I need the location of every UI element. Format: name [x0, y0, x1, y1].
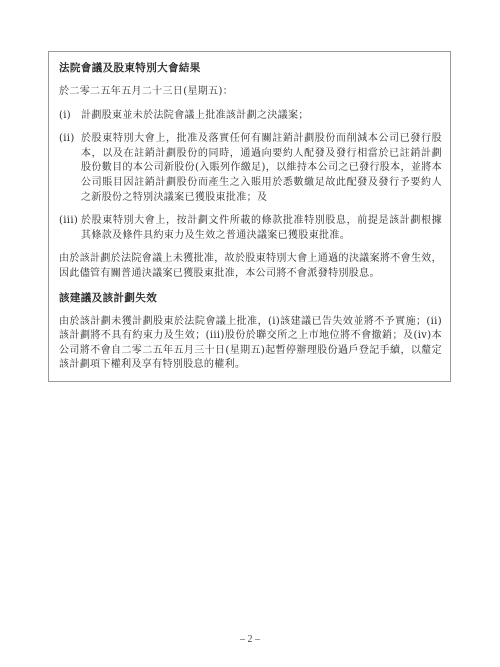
meeting-date-intro: 於二零二五年五月二十三日(星期五)： — [59, 85, 442, 100]
resolution-item: (ii) 於股東特別大會上，批准及落實任何有關註銷計劃股份而削減本公司已發行股本… — [59, 132, 442, 205]
item-text: 於股東特別大會上，批准及落實任何有關註銷計劃股份而削減本公司已發行股本，以及在註… — [81, 132, 442, 205]
item-text: 計劃股東並未於法院會議上批准該計劃之決議案； — [81, 109, 442, 124]
item-number: (i) — [59, 109, 81, 124]
item-text: 於股東特別大會上，按計劃文件所載的條款批准特別股息，前提是該計劃根據其條款及條件… — [81, 214, 442, 243]
lapse-body: 由於該計劃未獲計劃股東於法院會議上批准，(i)該建議已告失效並將不予實施；(ii… — [59, 315, 442, 373]
page-number: – 2 – — [0, 634, 500, 645]
announcement-box: 法院會議及股東特別大會結果 於二零二五年五月二十三日(星期五)： (i) 計劃股… — [48, 51, 451, 382]
section-heading-meeting-results: 法院會議及股東特別大會結果 — [59, 61, 442, 75]
resolution-item: (iii) 於股東特別大會上，按計劃文件所載的條款批准特別股息，前提是該計劃根據… — [59, 214, 442, 243]
meeting-conclusion: 由於該計劃於法院會議上未獲批准，故於股東特別大會上通過的決議案將不會生效，因此儘… — [59, 252, 442, 281]
section-heading-lapse: 該建議及該計劃失效 — [59, 291, 442, 305]
resolution-item: (i) 計劃股東並未於法院會議上批准該計劃之決議案； — [59, 109, 442, 124]
item-number: (ii) — [59, 132, 81, 205]
item-number: (iii) — [59, 214, 81, 243]
